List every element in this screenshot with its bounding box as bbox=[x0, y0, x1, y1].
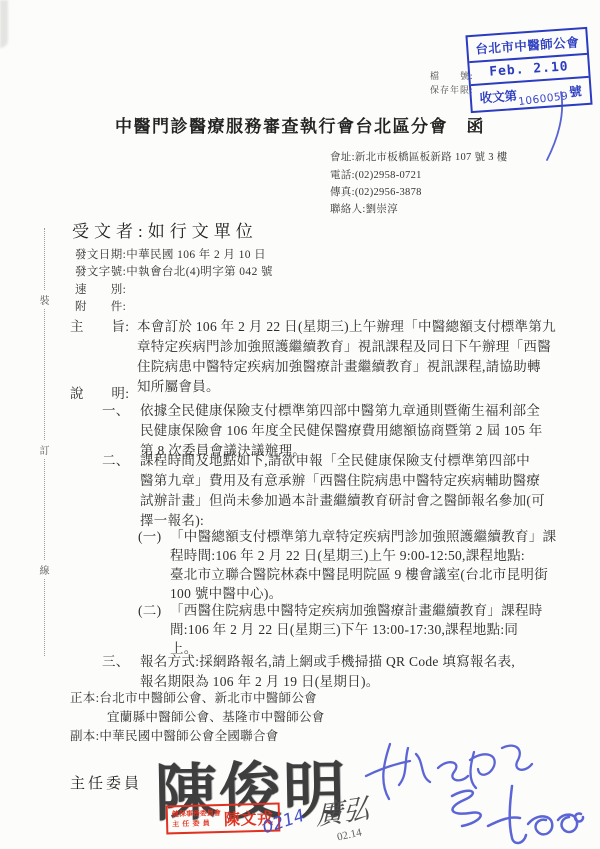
sub2-line: 「西醫住院病患中醫特定疾病加強醫療計畫繼續教育」課程時 bbox=[170, 599, 543, 619]
red-stamp-org-column: 健保事務委員會 主任委員 bbox=[172, 809, 221, 828]
sub1-line: 「中醫總額支付標準第九章特定疾病門診加強照護繼續教育」課 bbox=[170, 525, 556, 545]
subject-line: 本會訂於 106 年 2 月 22 日(星期三)上午辦理「中醫總額支付標準第九 bbox=[137, 315, 556, 335]
item2-line: 醫第九章」費用及有意承辦「西醫住院病患中醫特定疾病輔助醫療 bbox=[140, 469, 540, 489]
item3-line: 報名方式:採網路報名,請上網或手機掃描 QR Code 填寫報名表, bbox=[140, 650, 515, 670]
chairman-title-label: 主任委員 bbox=[70, 772, 142, 793]
recipient-line: 受文者:如行文單位 bbox=[72, 217, 258, 242]
subject-line: 住院病患中醫特定疾病加強醫療計畫繼續教育」視訊課程,請協助轉 bbox=[137, 355, 541, 375]
subject-label: 主 旨: bbox=[70, 315, 129, 335]
doc-number: 發文字號:中執會台北(4)明字第 042 號 bbox=[75, 263, 273, 279]
item2-line: 試辦計畫」但尚未參加過本計畫繼續教育研討會之醫師報名參加(可 bbox=[140, 489, 545, 509]
item1-line: 民健康保險會 106 年度全民健保醫療費用總額協商暨第 2 屆 105 年 bbox=[140, 419, 543, 439]
retention-label: 保存年限: bbox=[430, 84, 474, 97]
item2-line: 課程時間及地點如下,請欲申報「全民健康保險支付標準第四部中 bbox=[140, 449, 530, 469]
binding-mark-zhuang: 裝 bbox=[37, 290, 52, 309]
sub1-marker: (一) bbox=[138, 525, 161, 545]
sub1-line: 程時間:106 年 2 月 22 日(星期三)上午 9:00-12:50,課程地… bbox=[170, 544, 525, 564]
sub2-marker: (二) bbox=[138, 599, 161, 619]
receipt-suffix: 號 bbox=[569, 81, 583, 100]
contact-address: 會址:新北市板橋區板新路 107 號 3 樓 bbox=[330, 149, 508, 164]
blue-signature-lower bbox=[452, 786, 583, 843]
receipt-stamp: 台北市中醫師公會 Feb. 2.10 收文第 1060059 號 bbox=[465, 27, 592, 113]
sub2-line: 間:106 年 2 月 22 日(星期三)下午 13:00-17:30,課程地點… bbox=[170, 618, 518, 638]
item3-marker: 三、 bbox=[102, 650, 130, 670]
binding-mark-ding: 訂 bbox=[37, 440, 52, 459]
attachment-label: 附 件: bbox=[75, 298, 126, 314]
handwritten-initials: 廣弘 bbox=[316, 786, 369, 833]
item1-marker: 一、 bbox=[102, 399, 130, 419]
contact-phone: 電話:(02)2958-0721 bbox=[330, 167, 422, 182]
distribution-original-line2: 宜蘭縣中醫師公會、基隆市中醫師公會 bbox=[107, 707, 325, 725]
item3-line: 報名期限為 106 年 2 月 19 日(星期日)。 bbox=[140, 670, 380, 690]
issue-date: 發文日期:中華民國 106 年 2 月 10 日 bbox=[75, 246, 266, 262]
red-stamp-org-line2: 主任委員 bbox=[172, 819, 221, 829]
distribution-original-line1: 正本:台北市中醫師公會、新北市中醫師公會 bbox=[70, 688, 317, 706]
subject-line: 章特定疾病門診加強照護繼續教育」視訊課程及同日下午辦理「西醫 bbox=[137, 335, 551, 355]
contact-fax: 傳真:(02)2956-3878 bbox=[330, 184, 422, 199]
priority-label: 速 別: bbox=[75, 281, 126, 297]
sub1-line: 臺北市立聯合醫院林森中醫昆明院區 9 樓會議室(台北市昆明街 bbox=[170, 563, 548, 583]
binding-mark-xian: 線 bbox=[37, 560, 52, 579]
contact-liaison: 聯絡人:劉崇淳 bbox=[330, 201, 398, 216]
blue-signature-upper bbox=[366, 744, 532, 799]
file-number-label: 檔 號: bbox=[430, 70, 474, 83]
item1-line: 依據全民健康保險支付標準第四部中醫第九章通則暨衛生福利部全 bbox=[140, 399, 540, 419]
receipt-number-handwritten: 1060059 bbox=[518, 90, 569, 108]
subject-line: 知所屬會員。 bbox=[137, 375, 220, 395]
receipt-prefix: 收文第 bbox=[479, 86, 518, 107]
document-title: 中醫門診醫療服務審查執行會台北區分會 函 bbox=[0, 112, 600, 137]
scan-smudge bbox=[0, 0, 8, 48]
scanned-official-letter: 檔 號: 保存年限: 台北市中醫師公會 Feb. 2.10 收文第 106005… bbox=[0, 0, 600, 849]
item2-marker: 二、 bbox=[102, 449, 130, 469]
